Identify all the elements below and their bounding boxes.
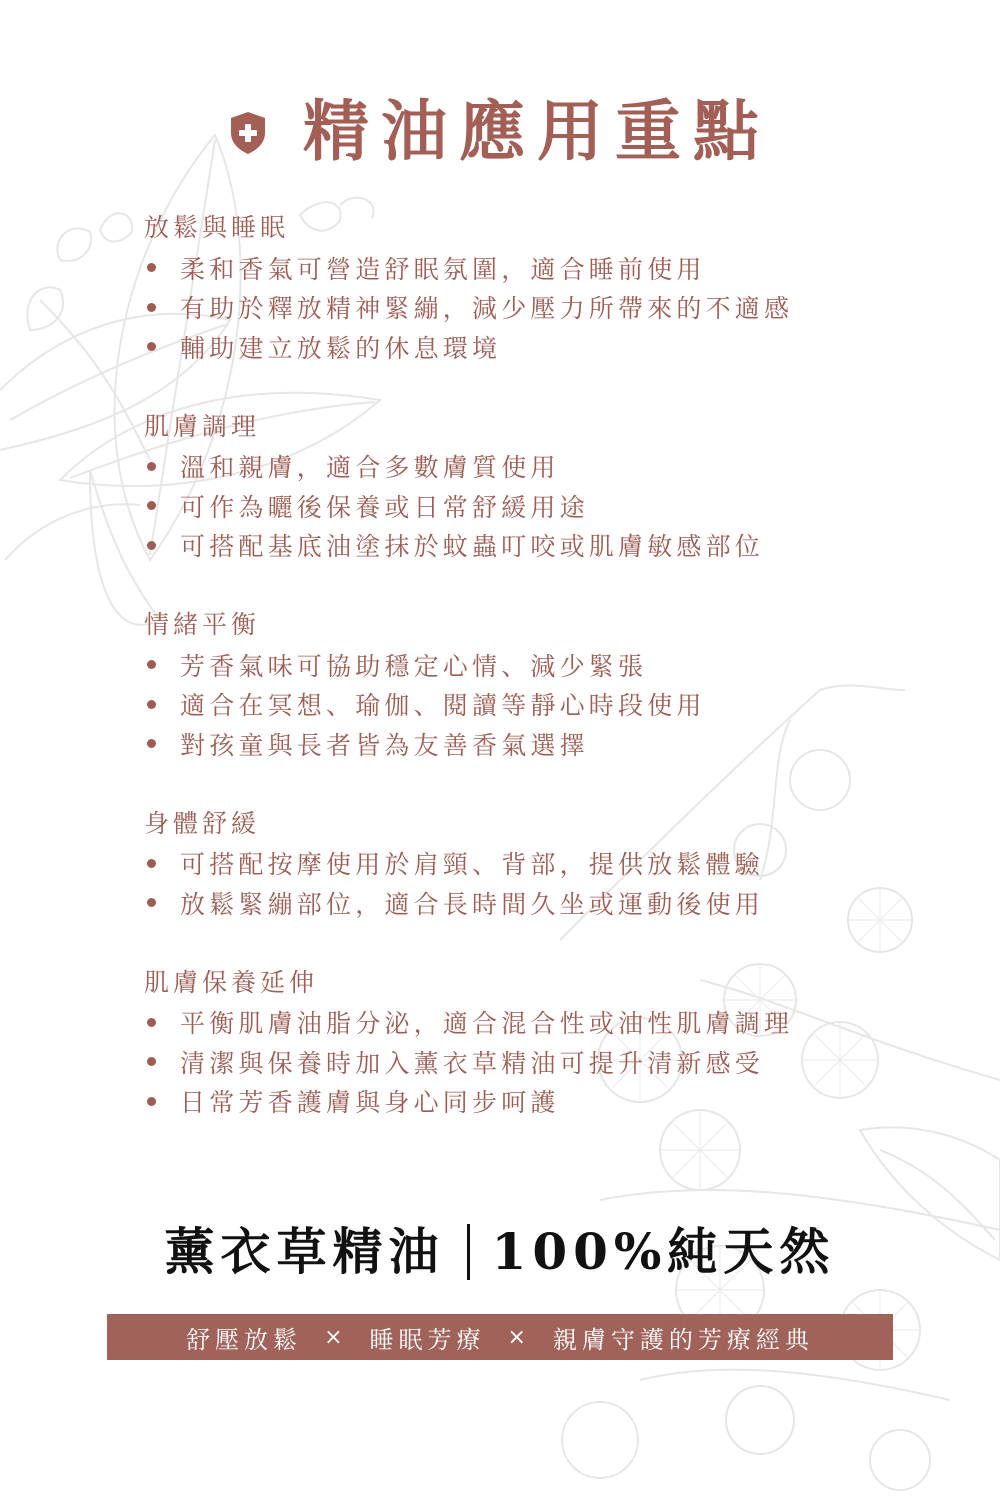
list-item: 可搭配按摩使用於肩頸、背部，提供放鬆體驗 [144, 844, 904, 884]
bullet-dot-icon [147, 660, 156, 669]
list-item: 可作為曬後保養或日常舒緩用途 [144, 486, 904, 526]
banner-part: 親膚守護的芳療經典 [553, 1320, 814, 1355]
section-skin-care: 肌膚調理 溫和親膚，適合多數膚質使用 可作為曬後保養或日常舒緩用途 可搭配基底油… [144, 407, 904, 566]
bullet-dot-icon [147, 1057, 156, 1066]
bullet-dot-icon [147, 263, 156, 272]
bullet-dot-icon [147, 898, 156, 907]
list-item-text: 可作為曬後保養或日常舒緩用途 [180, 488, 589, 524]
section-heading: 肌膚調理 [144, 407, 904, 447]
section-body-relief: 身體舒緩 可搭配按摩使用於肩頸、背部，提供放鬆體驗 放鬆緊繃部位，適合長時間久坐… [144, 804, 904, 923]
list-item-text: 可搭配基底油塗抹於蚊蟲叮咬或肌膚敏感部位 [180, 527, 764, 563]
list-item-text: 可搭配按摩使用於肩頸、背部，提供放鬆體驗 [180, 845, 764, 881]
usage-sections: 放鬆與睡眠 柔和香氣可營造舒眠氛圍，適合睡前使用 有助於釋放精神緊繃，減少壓力所… [144, 208, 904, 1161]
list-item: 平衡肌膚油脂分泌，適合混合性或油性肌膚調理 [144, 1003, 904, 1043]
banner-part: 睡眠芳療 [370, 1320, 486, 1355]
section-heading: 情緒平衡 [144, 605, 904, 645]
bullet-dot-icon [147, 739, 156, 748]
section-emotional-balance: 情緒平衡 芳香氣味可協助穩定心情、減少緊張 適合在冥想、瑜伽、閱讀等靜心時段使用… [144, 605, 904, 764]
bullet-dot-icon [147, 541, 156, 550]
bullet-dot-icon [147, 859, 156, 868]
vertical-divider [467, 1224, 470, 1280]
section-heading: 身體舒緩 [144, 804, 904, 844]
list-item-text: 對孩童與長者皆為友善香氣選擇 [180, 726, 589, 762]
multiply-separator-icon: × [508, 1325, 531, 1350]
bullet-dot-icon [147, 342, 156, 351]
list-item: 日常芳香護膚與身心同步呵護 [144, 1082, 904, 1122]
list-item: 柔和香氣可營造舒眠氛圍，適合睡前使用 [144, 248, 904, 288]
product-claim: 100%純天然 [492, 1222, 836, 1281]
section-heading: 肌膚保養延伸 [144, 963, 904, 1003]
list-item-text: 輔助建立放鬆的休息環境 [180, 329, 501, 365]
bullet-dot-icon [147, 700, 156, 709]
shield-plus-icon [229, 111, 267, 155]
bullet-dot-icon [147, 1018, 156, 1027]
list-item-text: 日常芳香護膚與身心同步呵護 [180, 1083, 560, 1119]
section-heading: 放鬆與睡眠 [144, 208, 904, 248]
multiply-separator-icon: × [324, 1325, 347, 1350]
section-relax-sleep: 放鬆與睡眠 柔和香氣可營造舒眠氛圍，適合睡前使用 有助於釋放精神緊繃，減少壓力所… [144, 208, 904, 367]
list-item: 溫和親膚，適合多數膚質使用 [144, 447, 904, 487]
list-item: 輔助建立放鬆的休息環境 [144, 327, 904, 367]
benefits-banner: 舒壓放鬆 × 睡眠芳療 × 親膚守護的芳療經典 [107, 1314, 893, 1360]
list-item-text: 有助於釋放精神緊繃，減少壓力所帶來的不適感 [180, 289, 793, 325]
list-item: 適合在冥想、瑜伽、閱讀等靜心時段使用 [144, 685, 904, 725]
product-tagline: 薰衣草精油100%純天然 [0, 1220, 1000, 1288]
bullet-dot-icon [147, 303, 156, 312]
banner-part: 舒壓放鬆 [186, 1320, 302, 1355]
list-item-text: 柔和香氣可營造舒眠氛圍，適合睡前使用 [180, 250, 706, 286]
list-item: 有助於釋放精神緊繃，減少壓力所帶來的不適感 [144, 288, 904, 328]
page-title: 精油應用重點 [303, 98, 771, 164]
product-name: 薰衣草精油 [165, 1222, 445, 1281]
list-item: 對孩童與長者皆為友善香氣選擇 [144, 724, 904, 764]
bullet-dot-icon [147, 462, 156, 471]
list-item-text: 平衡肌膚油脂分泌，適合混合性或油性肌膚調理 [180, 1004, 793, 1040]
list-item-text: 芳香氣味可協助穩定心情、減少緊張 [180, 647, 647, 683]
page-header: 精油應用重點 [0, 98, 1000, 164]
bullet-dot-icon [147, 501, 156, 510]
list-item: 可搭配基底油塗抹於蚊蟲叮咬或肌膚敏感部位 [144, 526, 904, 566]
list-item: 清潔與保養時加入薰衣草精油可提升清新感受 [144, 1042, 904, 1082]
list-item: 放鬆緊繃部位，適合長時間久坐或運動後使用 [144, 883, 904, 923]
list-item-text: 溫和親膚，適合多數膚質使用 [180, 448, 560, 484]
list-item-text: 放鬆緊繃部位，適合長時間久坐或運動後使用 [180, 885, 764, 921]
list-item-text: 適合在冥想、瑜伽、閱讀等靜心時段使用 [180, 686, 706, 722]
bullet-dot-icon [147, 1097, 156, 1106]
list-item-text: 清潔與保養時加入薰衣草精油可提升清新感受 [180, 1044, 764, 1080]
list-item: 芳香氣味可協助穩定心情、減少緊張 [144, 645, 904, 685]
section-skin-care-extension: 肌膚保養延伸 平衡肌膚油脂分泌，適合混合性或油性肌膚調理 清潔與保養時加入薰衣草… [144, 963, 904, 1122]
